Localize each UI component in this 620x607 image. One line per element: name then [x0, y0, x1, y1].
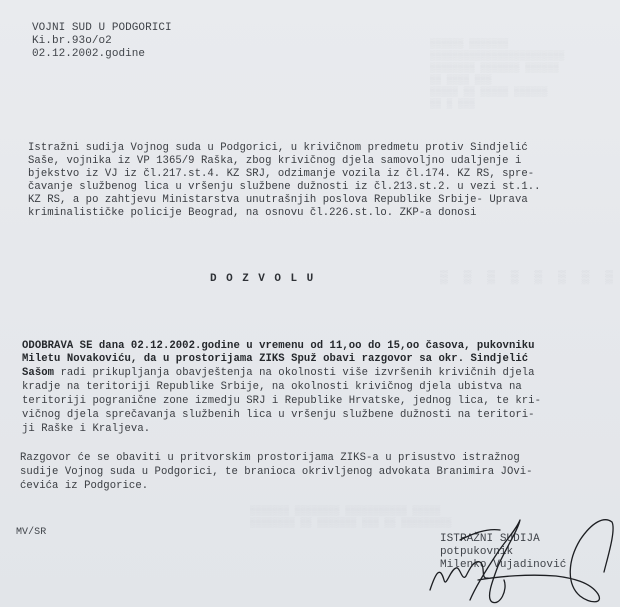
document-page: ▒▒▒▒▒▒ ▒▒▒▒▒▒▒ ▒▒▒▒▒▒▒▒▒▒▒▒▒▒▒▒▒▒▒▒▒▒▒▒ …	[0, 0, 620, 607]
approval-line: kradje na teritoriji Republike Srbije, n…	[22, 381, 522, 394]
approval-line: teritoriji pogranične zone izmedju SRJ i…	[22, 395, 541, 408]
intro-line: KZ RS, a po zahtjevu Ministarstva unutra…	[28, 194, 528, 207]
intro-line: Istražni sudija Vojnog suda u Podgorici,…	[28, 142, 528, 155]
approval-line-bold: Miletu Novakoviću, da u prostorijama ZIK…	[22, 353, 528, 366]
document-date: 02.12.2002.godine	[32, 48, 145, 61]
bleed-through-text: ▒▒▒▒▒▒ ▒▒▒▒▒▒▒ ▒▒▒▒▒▒▒▒▒▒▒▒▒▒▒▒▒▒▒▒▒▒▒▒ …	[430, 38, 564, 110]
approval-bold-lead: Sašom	[22, 367, 54, 379]
closing-line: sudije Vojnog suda u Podgorici, te brani…	[20, 466, 533, 479]
signatory-rank: potpukovnik	[440, 546, 513, 559]
signatory-name: Milenko Vujadinović	[440, 559, 566, 572]
intro-line: Saše, vojnika iz VP 1365/9 Raška, zbog k…	[28, 155, 521, 168]
closing-line: Razgovor će se obaviti u pritvorskim pro…	[20, 452, 520, 465]
approval-line: vičnog djela sprečavanja službenih lica …	[22, 409, 535, 422]
signature-title: ISTRAŽNI SUDIJA	[440, 533, 540, 546]
closing-line: ćevića iz Podgorice.	[20, 480, 148, 493]
intro-line: bjekstvo iz VJ iz čl.217.st.4. KZ SRJ, o…	[28, 168, 534, 181]
bleed-through-text: ▒ ▒ ▒ ▒ ▒ ▒ ▒ ▒	[440, 272, 617, 284]
intro-line: kriminalističke policije Beograd, na osn…	[28, 207, 477, 220]
approval-line: ji Raške i Kraljeva.	[22, 423, 150, 436]
approval-line-bold: ODOBRAVA SE dana 02.12.2002.godine u vre…	[22, 340, 535, 353]
court-name: VOJNI SUD U PODGORICI	[32, 22, 172, 35]
typist-initials: MV/SR	[16, 527, 46, 540]
approval-line-rest: radi prikupljanja obavještenja na okolno…	[54, 367, 535, 379]
document-title: DOZVOLU	[210, 273, 323, 286]
bleed-through-text: ▒▒▒▒▒▒▒ ▒▒▒▒▒▒▒▒ ▒▒▒▒▒▒▒▒▒▒▒ ▒▒▒▒▒ ▒▒▒▒▒…	[250, 505, 452, 529]
approval-line: Sašom radi prikupljanja obavještenja na …	[22, 367, 535, 380]
intro-line: čavanje službenog lica u vršenju služben…	[28, 181, 541, 194]
case-number: Ki.br.93o/o2	[32, 35, 112, 48]
